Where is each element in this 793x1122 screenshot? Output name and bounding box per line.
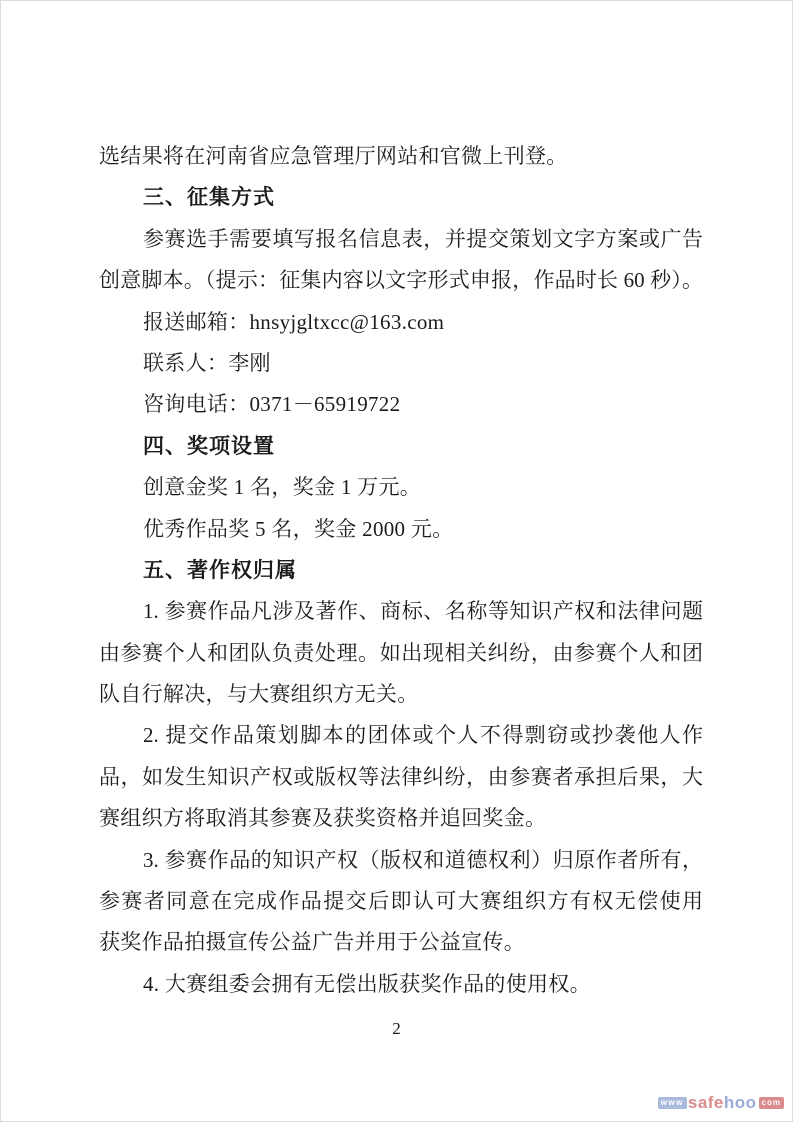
doc-line: 1. 参赛作品凡涉及著作、商标、名称等知识产权和法律问题 xyxy=(99,591,703,632)
doc-line: 由参赛个人和团队负责处理。如出现相关纠纷，由参赛个人和团 xyxy=(99,633,703,674)
doc-line: 2. 提交作品策划脚本的团体或个人不得剽窃或抄袭他人作 xyxy=(99,715,703,756)
doc-line: 4. 大赛组委会拥有无偿出版获奖作品的使用权。 xyxy=(99,964,703,1005)
doc-line: 3. 参赛作品的知识产权（版权和道德权利）归原作者所有， xyxy=(99,840,703,881)
doc-line-excellent-award: 优秀作品奖 5 名，奖金 2000 元。 xyxy=(99,509,703,550)
watermark-com-badge: com xyxy=(759,1097,784,1109)
doc-line: 赛组织方将取消其参赛及获奖资格并追回奖金。 xyxy=(99,798,703,839)
doc-line: 品，如发生知识产权或版权等法律纠纷，由参赛者承担后果，大 xyxy=(99,757,703,798)
page-number: 2 xyxy=(0,1019,793,1039)
watermark-safe-text: safe xyxy=(688,1094,724,1111)
section-heading-awards: 四、奖项设置 xyxy=(99,426,703,467)
section-heading-collection-method: 三、征集方式 xyxy=(99,177,703,218)
doc-line-phone: 咨询电话：0371－65919722 xyxy=(99,384,703,425)
doc-line-gold-award: 创意金奖 1 名，奖金 1 万元。 xyxy=(99,467,703,508)
doc-line: 获奖作品拍摄宣传公益广告并用于公益宣传。 xyxy=(99,922,703,963)
doc-line-contact-person: 联系人：李刚 xyxy=(99,343,703,384)
doc-line: 参赛者同意在完成作品提交后即认可大赛组织方有权无偿使用 xyxy=(99,881,703,922)
doc-line: 参赛选手需要填写报名信息表，并提交策划文字方案或广告 xyxy=(99,219,703,260)
doc-line: 创意脚本。（提示：征集内容以文字形式申报，作品时长 60 秒）。 xyxy=(99,260,703,301)
doc-line: 选结果将在河南省应急管理厅网站和官微上刊登。 xyxy=(99,136,703,177)
watermark-hoo-text: hoo xyxy=(724,1094,757,1111)
doc-line-submission-email: 报送邮箱：hnsyjgltxcc@163.com xyxy=(99,302,703,343)
document-body: 选结果将在河南省应急管理厅网站和官微上刊登。 三、征集方式 参赛选手需要填写报名… xyxy=(99,136,703,1005)
section-heading-copyright: 五、著作权归属 xyxy=(99,550,703,591)
watermark-www-badge: www xyxy=(658,1097,687,1109)
doc-line: 队自行解决，与大赛组织方无关。 xyxy=(99,674,703,715)
safehoo-watermark-logo: www safe hoo com xyxy=(658,1094,784,1111)
